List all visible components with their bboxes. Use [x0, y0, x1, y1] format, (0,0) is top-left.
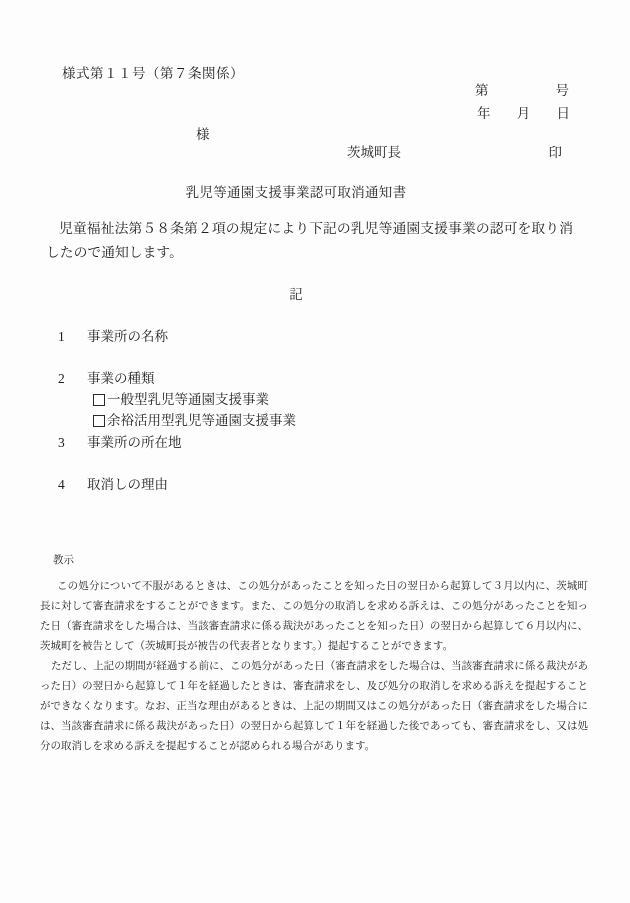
date-line: 年 月 日: [477, 106, 570, 121]
body-paragraph: 児童福祉法第５８条第２項の規定により下記の乳児等通園支援事業の認可を取り消したの…: [46, 217, 573, 265]
list-item-business-address: 3事業所の所在地: [58, 435, 182, 450]
document-page: 様式第１１号（第７条関係） 第 号 年 月 日 様 茨城町長 印 乳児等通園支援…: [0, 0, 630, 903]
checkbox-icon: [93, 394, 105, 406]
issuer-name: 茨城町長: [347, 145, 401, 160]
doc-number-suffix: 号: [556, 83, 570, 98]
list-item-revocation-reason: 4取消しの理由: [58, 477, 168, 492]
document-number-line: 第 号: [475, 83, 569, 98]
list-item-business-type: 2事業の種類: [58, 371, 155, 386]
date-year-label: 年: [477, 106, 491, 121]
item-number: 3: [58, 435, 87, 450]
item-number: 4: [58, 477, 87, 492]
item-label: 事業所の名称: [87, 329, 168, 344]
notes-paragraph-appeal: この処分について不服があるときは、この処分があったことを知った日の翌日から起算し…: [40, 577, 588, 657]
date-day-label: 日: [557, 106, 571, 121]
date-month-label: 月: [517, 106, 531, 121]
notes-heading: 教示: [53, 555, 74, 567]
issuer-line: 茨城町長 印: [347, 145, 562, 160]
checkbox-option-surplus-type: 余裕活用型乳児等通園支援事業: [93, 413, 296, 428]
checkbox-label: 余裕活用型乳児等通園支援事業: [107, 413, 296, 428]
checkbox-icon: [93, 415, 105, 427]
seal-mark: 印: [549, 145, 563, 160]
checkbox-label: 一般型乳児等通園支援事業: [107, 392, 269, 407]
item-label: 取消しの理由: [87, 477, 168, 492]
addressee-honorific: 様: [196, 127, 210, 142]
record-marker: 記: [0, 287, 592, 302]
document-title: 乳児等通園支援事業認可取消通知書: [0, 185, 592, 201]
list-item-business-name: 1事業所の名称: [58, 329, 168, 344]
item-number: 1: [58, 329, 87, 344]
notes-text: この処分について不服があるときは、この処分があったことを知った日の翌日から起算し…: [40, 577, 588, 757]
item-label: 事業所の所在地: [87, 435, 182, 450]
item-label: 事業の種類: [87, 371, 155, 386]
form-number: 様式第１１号（第７条関係）: [62, 66, 244, 81]
item-number: 2: [58, 371, 87, 386]
doc-number-prefix: 第: [475, 83, 489, 98]
notes-paragraph-deadline: ただし、上記の期間が経過する前に、この処分があった日（審査請求をした場合は、当該…: [40, 657, 588, 757]
checkbox-option-general-type: 一般型乳児等通園支援事業: [93, 392, 269, 407]
